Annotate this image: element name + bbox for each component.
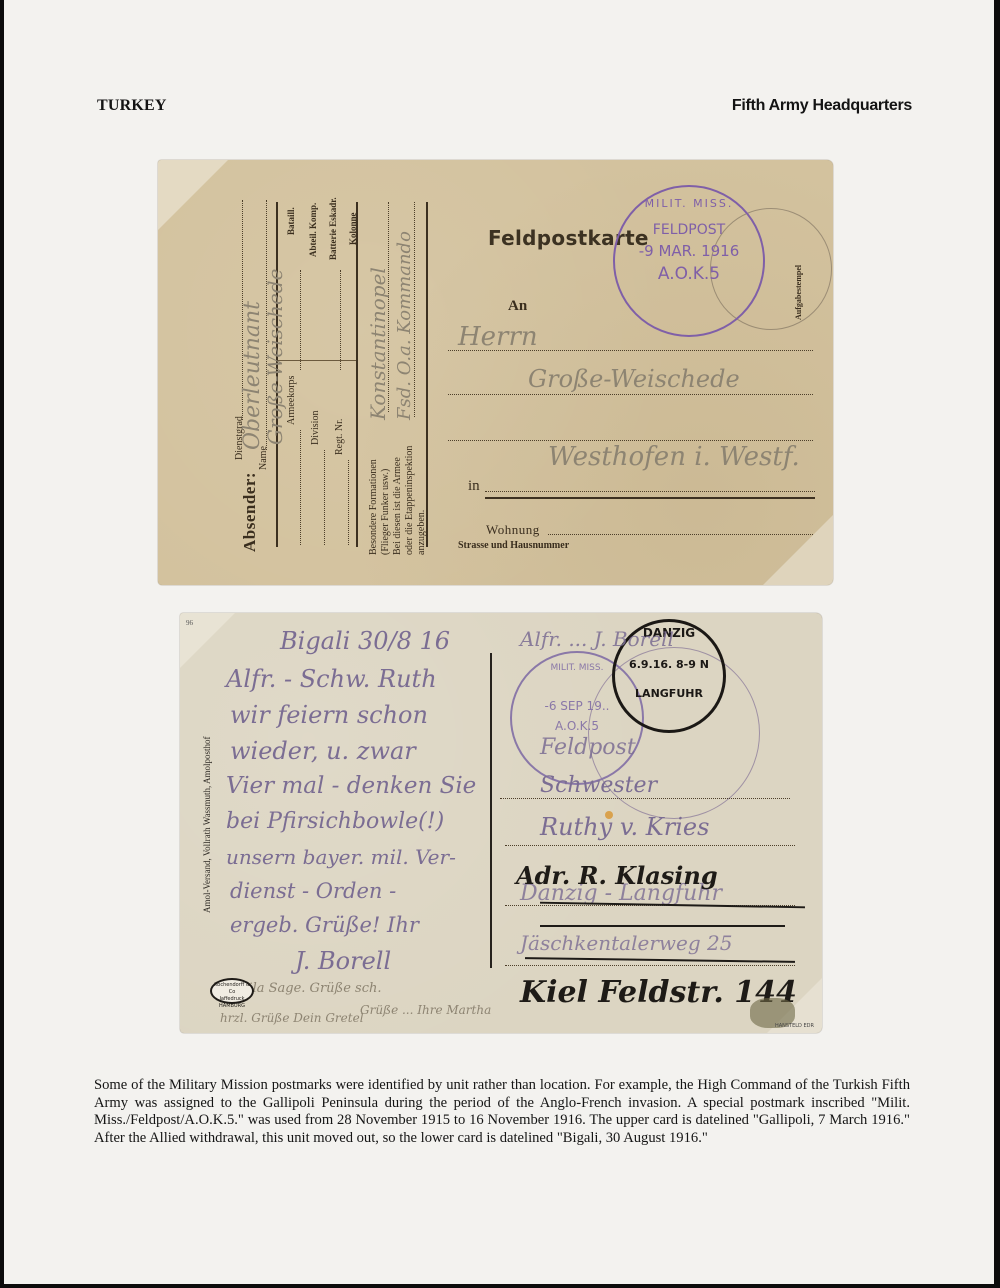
- handwritten-recipient-name: Große-Weischede: [528, 365, 740, 393]
- regt-label: Regt. Nr.: [334, 419, 345, 455]
- printer-maker-mark: Kochendorff & Co Jaffedruck HAMBURG: [210, 978, 254, 1004]
- handwritten-message-line: wieder, u. zwar: [230, 737, 416, 765]
- exhibit-description: Some of the Military Mission postmarks w…: [94, 1077, 910, 1147]
- handwritten-signature: J. Borell: [295, 947, 391, 975]
- feldpost-postmark: MILIT. MISS. FELDPOST -9 MAR. 1916 A.O.K…: [613, 185, 765, 337]
- strikethrough: [525, 957, 795, 963]
- feldpostkarte-card: Absender: Dienstgrad Name Armeekorps Div…: [158, 160, 833, 585]
- sender-label: Absender:: [240, 472, 260, 552]
- handwritten-message-line: unsern bayer. mil. Ver-: [226, 845, 456, 869]
- armeekorps-label: Armeekorps: [286, 376, 297, 425]
- handwritten-address-line: Alfr. ... J. Borell: [520, 627, 674, 651]
- bataill-label: Bataill.: [286, 207, 296, 235]
- handwritten-name: Große-Weischede: [263, 269, 287, 445]
- division-label: Division: [310, 411, 321, 445]
- photo-corner-mount: [763, 515, 833, 585]
- corner-number: 96: [186, 619, 193, 627]
- strasse-label: Strasse und Hausnummer: [458, 540, 569, 551]
- abteil-label: Abteil. Komp.: [308, 203, 318, 257]
- handwritten-address-line: Ruthy v. Kries: [540, 813, 709, 841]
- handwritten-message-line: wir feiern schon: [230, 701, 428, 729]
- page-edge: [0, 1284, 1000, 1288]
- printer-imprint: HANSTELD EDR: [775, 1023, 814, 1029]
- photo-corner-mount: [158, 160, 228, 230]
- handwritten-message-line: Alfr. - Schw. Ruth: [226, 665, 437, 693]
- handwritten-postscript: Grüße ... Ihre Martha: [360, 1003, 491, 1017]
- handwritten-address-line: Schwester: [540, 773, 657, 798]
- section-heading: Fifth Army Headquarters: [732, 97, 912, 115]
- page-edge: [0, 0, 4, 1288]
- picture-postcard-back: 96 Amol-Versand, Vollrath Wassmuth, Amol…: [180, 613, 822, 1033]
- handwritten-message-line: Vier mal - denken Sie: [226, 773, 476, 799]
- batterie-label: Batterie Eskadr.: [328, 197, 338, 260]
- handwritten-readdress: Adr. R. Klasing: [516, 861, 718, 890]
- handwritten-postscript: hrzl. Grüße Dein Gretel: [220, 1011, 364, 1025]
- handwritten-address-line: Feldpost: [540, 735, 636, 760]
- handwritten-message-line: bei Pfirsichbowle(!): [226, 809, 444, 834]
- handwritten-dateline: Bigali 30/8 16: [280, 627, 450, 655]
- card-divider-line: [490, 653, 492, 968]
- an-label: An: [508, 298, 527, 315]
- wohnung-label: Wohnung: [486, 522, 540, 538]
- handwritten-rank: Oberleutnant: [240, 301, 265, 450]
- handwritten-recipient: Herrn: [458, 322, 538, 352]
- page-edge: [994, 0, 1000, 1288]
- handwritten-message-line: ergeb. Grüße! Ihr: [230, 913, 419, 937]
- country-heading: TURKEY: [97, 97, 167, 115]
- handwritten-address-line: Jäschkentalerweg 25: [520, 931, 732, 955]
- publisher-imprint: Amol-Versand, Vollrath Wassmuth, Amolpos…: [202, 736, 212, 913]
- handwritten-message-line: dienst - Orden -: [230, 879, 396, 903]
- handwritten-city: Westhofen i. Westf.: [548, 442, 800, 472]
- handwritten-formation: Konstantinopel: [366, 267, 390, 420]
- in-label: in: [468, 478, 480, 495]
- strikethrough: [540, 925, 785, 927]
- handwritten-formation: Fsd. O.a. Kommando: [394, 231, 415, 420]
